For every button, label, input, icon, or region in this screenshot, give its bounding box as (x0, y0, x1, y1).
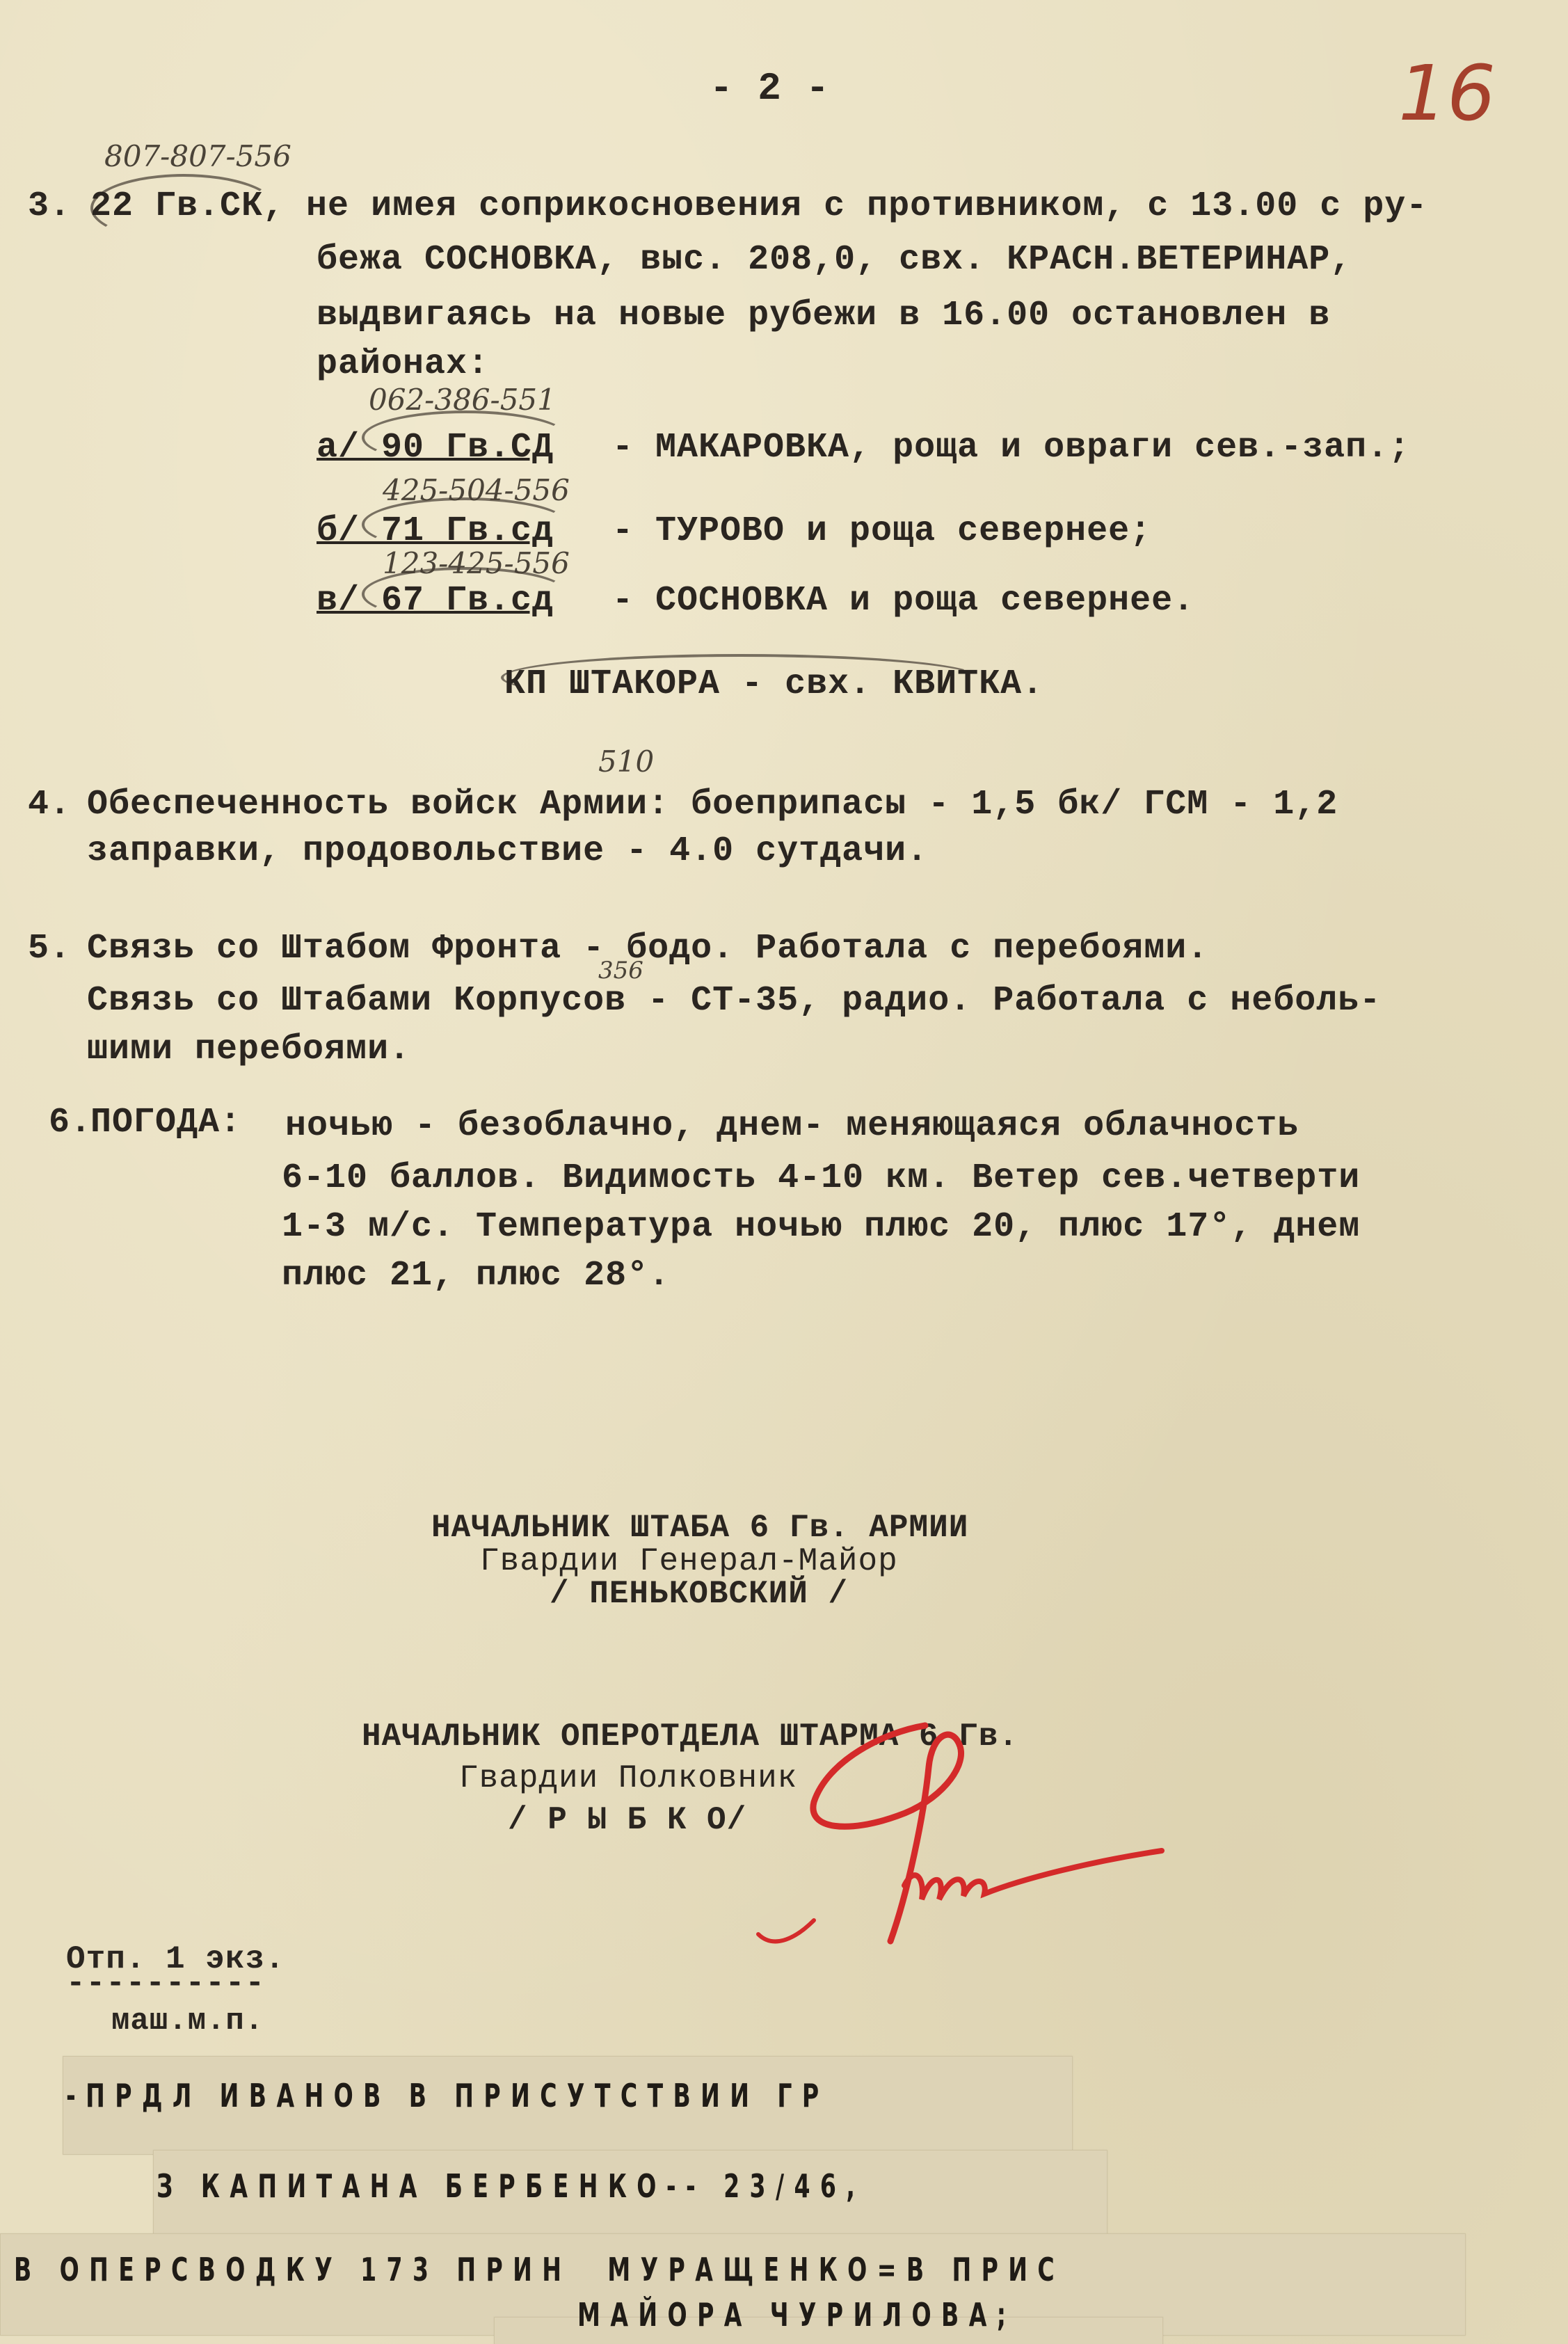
subitem-label: а/ 90 Гв.СД (317, 428, 554, 468)
weather-heading: ПОГОДА: (90, 1103, 241, 1142)
telegraph-line-3: В ОПЕРСВОДКУ 173 ПРИН МУРАЩЕНКО=В ПРИС (14, 2251, 1064, 2288)
typist-note: маш.м.п. (111, 2004, 264, 2039)
handwritten-code: 807-807-556 (104, 139, 291, 173)
section-4-line-1: Обеспеченность войск Армии: боеприпасы -… (87, 785, 1338, 824)
telegraph-line-4: МАЙОРА ЧУРИЛОВА; (577, 2296, 1016, 2334)
section-3-line-1: 22 Гв.СК, не имея соприкосновения с прот… (90, 186, 1427, 226)
signature-1-rank: Гвардии Генерал-Майор (480, 1543, 898, 1579)
section-5-line-1: Связь со Штабом Фронта - бодо. Работала … (87, 929, 1208, 968)
telegraph-line-1: -ПРДЛ ИВАНОВ В ПРИСУТСТВИИ ГР (66, 2077, 829, 2114)
weather-line-3: 1-3 м/с. Температура ночью плюс 20, плюс… (282, 1207, 1360, 1247)
signature-2-name: / Р Ы Б К О/ (508, 1802, 746, 1838)
signature-1-title: НАЧАЛЬНИК ШТАБА 6 Гв. АРМИИ (431, 1510, 968, 1546)
handwritten-code: 356 (598, 957, 643, 984)
subitem-text: - ТУРОВО и роща севернее; (612, 511, 1151, 551)
section-3-line-3: выдвигаясь на новые рубежи в 16.00 остан… (317, 296, 1330, 335)
weather-line-1: ночью - безоблачно, днем- меняющаяся обл… (285, 1106, 1299, 1146)
subitem-text: - МАКАРОВКА, роща и овраги сев.-зап.; (612, 428, 1410, 468)
section-3-line-4: районах: (317, 344, 489, 384)
command-post: КП ШТАКОРА - свх. КВИТКА. (504, 664, 1043, 704)
subitem-label: в/ 67 Гв.сд (317, 581, 554, 621)
section-number: 6. (49, 1103, 92, 1142)
section-4-line-2: заправки, продовольствие - 4.0 сутдачи. (87, 831, 928, 871)
red-signature (730, 1712, 1217, 1976)
section-number: 3. (28, 186, 71, 226)
page-marker: - 2 - (710, 66, 830, 111)
handwritten-code: 510 (598, 744, 654, 779)
copies-dashes: ---------- (66, 1966, 265, 2002)
weather-line-4: плюс 21, плюс 28°. (282, 1256, 670, 1295)
section-5-line-2: Связь со Штабами Корпусов - СТ-35, радио… (87, 981, 1381, 1021)
telegraph-line-2: З КАПИТАНА БЕРБЕНКО-- 23/46, (157, 2167, 865, 2205)
section-number: 5. (28, 929, 71, 968)
section-number: 4. (28, 785, 71, 824)
weather-line-2: 6-10 баллов. Видимость 4-10 км. Ветер се… (282, 1158, 1360, 1198)
subitem-text: - СОСНОВКА и роща севернее. (612, 581, 1194, 621)
section-3-line-2: бежа СОСНОВКА, выс. 208,0, свх. КРАСН.ВЕ… (317, 240, 1352, 280)
signature-1-name: / ПЕНЬКОВСКИЙ / (550, 1576, 848, 1612)
section-5-line-3: шими перебоями. (87, 1030, 410, 1069)
subitem-label: б/ 71 Гв.сд (317, 511, 554, 551)
sheet-number: 16 (1398, 49, 1496, 138)
